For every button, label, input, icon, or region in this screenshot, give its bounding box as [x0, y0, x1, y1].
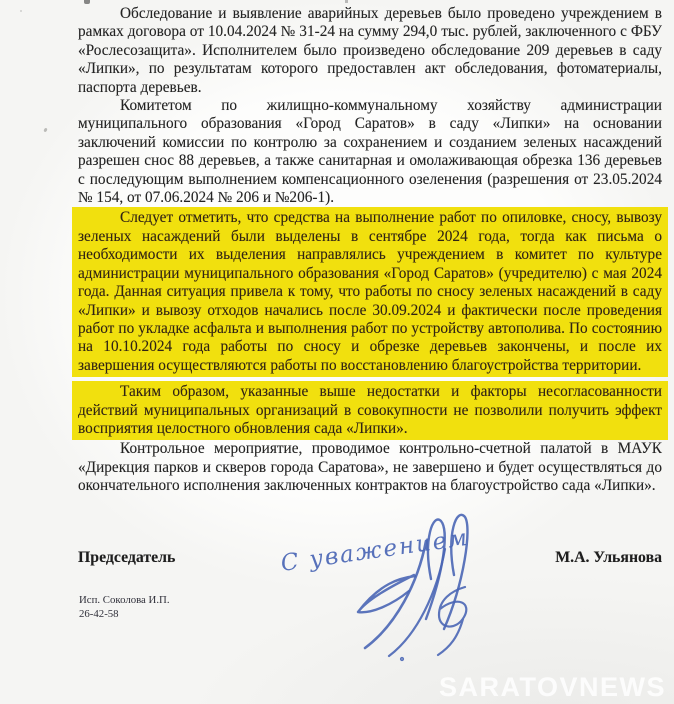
scan-speck: [20, 10, 22, 12]
letter-body: Обследование и выявление аварийных дерев…: [78, 5, 662, 496]
signer-role: Председатель: [78, 549, 175, 567]
signer-name: М.А. Ульянова: [555, 549, 662, 567]
cut-off-text-fragment: [84, 0, 90, 4]
paragraph-inspection: Обследование и выявление аварийных дерев…: [78, 5, 662, 97]
executor-name: Исп. Соколова И.П.: [79, 594, 170, 608]
signature-pen-dot: [401, 658, 403, 660]
site-watermark: SARATOVNEWS: [439, 672, 666, 703]
handwritten-signature: С уважением: [268, 487, 500, 675]
signature-row: Председатель М.А. Ульянова: [78, 549, 662, 567]
paragraph-highlighted-funding: Следует отметить, что средства на выполн…: [72, 207, 668, 377]
signature-flourish-loop: [438, 587, 466, 655]
signature-flourish-loop: [426, 520, 445, 619]
scanned-letter-page: { "page": { "watermark": "SARATOVNEWS", …: [0, 0, 674, 704]
paragraph-highlighted-conclusion: Таким образом, указанные выше недостатки…: [72, 381, 668, 440]
executor-phone: 26-42-58: [79, 608, 170, 622]
signature-ink-icon: С уважением: [268, 487, 500, 675]
signature-flourish-loop: [444, 515, 467, 629]
paragraph-committee: Комитетом по жилищно-коммунальному хозяй…: [78, 97, 662, 207]
scan-speck: [43, 128, 47, 133]
executor-block: Исп. Соколова И.П. 26-42-58: [79, 594, 170, 621]
signature-flourish-cross: [358, 575, 415, 612]
cut-off-text-fragment: [345, 0, 348, 3]
paragraph-control-measure: Контрольное мероприятие, проводимое конт…: [78, 440, 662, 495]
